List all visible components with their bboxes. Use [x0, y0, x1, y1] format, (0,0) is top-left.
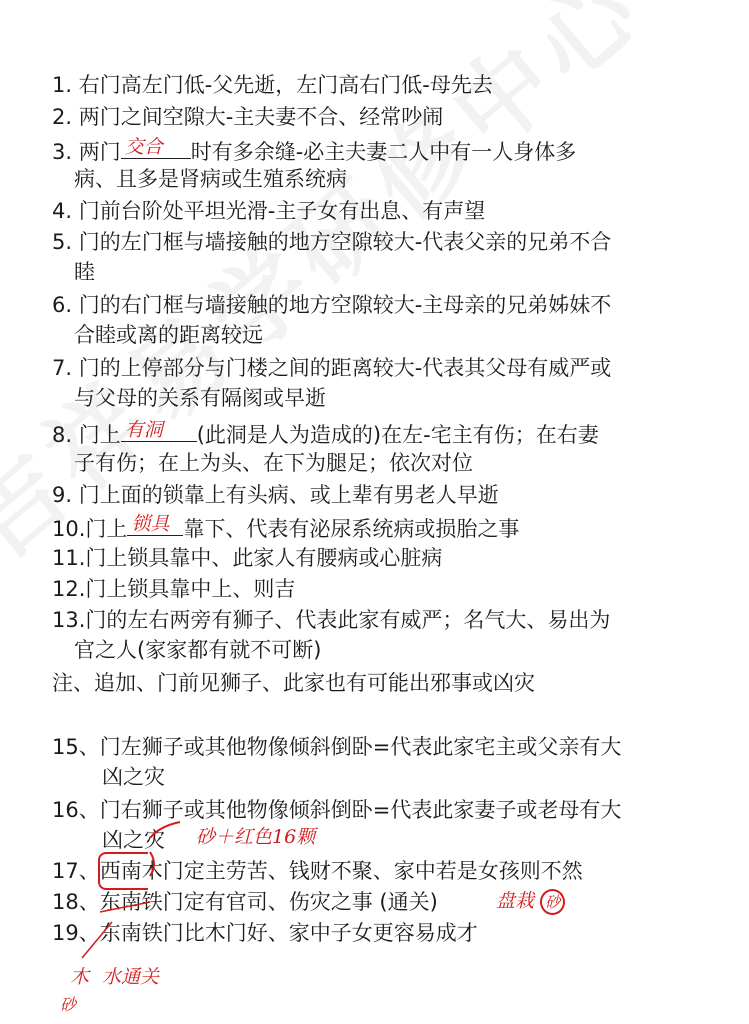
handwritten-note-wood: 木 [70, 962, 89, 989]
item-9: 9. 门上面的锁靠上有头病、或上辈有男老人早逝 [52, 482, 499, 508]
item-number: 7. [52, 356, 72, 380]
item-number: 6. [52, 293, 72, 317]
handwritten-note-water: 水通关 [102, 962, 159, 989]
item-13-continued: 官之人(家家都有就不可断) [74, 637, 321, 663]
item-7-continued: 与父母的关系有隔阂或早逝 [74, 385, 326, 411]
item-number: 13. [52, 608, 85, 632]
item-text: 门上 [79, 423, 121, 447]
item-text: 时有多余缝-必主夫妻二人中有一人身体多 [191, 140, 577, 164]
item-text: 门的右门框与墙接触的地方空隙较大-主母亲的兄弟姊妹不 [79, 293, 612, 317]
item-text: 右门高左门低-父先逝，左门高右门低-母先去 [79, 73, 493, 97]
item-number: 5. [52, 230, 72, 254]
item-12: 12.门上锁具靠中上、则吉 [52, 576, 295, 602]
item-text: 门右狮子或其他物像倾斜倒卧=代表此家妻子或老母有大 [100, 798, 622, 822]
item-text: 两门 [79, 140, 121, 164]
item-2: 2. 两门之间空隙大-主夫妻不合、经常吵闹 [52, 104, 443, 130]
item-number: 11. [52, 546, 85, 570]
item-15: 15、门左狮子或其他物像倾斜倒卧=代表此家宅主或父亲有大 [52, 734, 621, 760]
item-5-continued: 睦 [74, 259, 95, 285]
handwritten-note-item16: 砂＋红色16颗 [196, 822, 315, 849]
item-13: 13.门的左右两旁有狮子、代表此家有威严；名气大、易出为 [52, 607, 610, 633]
item-number: 9. [52, 483, 72, 507]
note-line: 注、追加、门前见狮子、此家也有可能出邪事或凶灾 [52, 670, 535, 696]
item-6: 6. 门的右门框与墙接触的地方空隙较大-主母亲的兄弟姊妹不 [52, 292, 611, 318]
item-number: 8. [52, 423, 72, 447]
item-4: 4. 门前台阶处平坦光滑-主子女有出息、有声望 [52, 198, 485, 224]
item-18: 18、东南铁门定有官司、伤灾之事 (通关) [52, 889, 438, 915]
item-text: 东南铁门定有官司、伤灾之事 (通关) [100, 890, 438, 914]
item-number: 3. [52, 140, 72, 164]
handwritten-note-item18: 盘栽 砂 [496, 886, 565, 915]
item-3-continued: 病、且多是肾病或生殖系统病 [74, 166, 347, 192]
item-number: 4. [52, 199, 72, 223]
document-page: 1. 右门高左门低-父先逝，左门高右门低-母先去 2. 两门之间空隙大-主夫妻不… [0, 0, 749, 1024]
item-text: 门上面的锁靠上有头病、或上辈有男老人早逝 [79, 483, 499, 507]
fill-blank: 有洞 [121, 419, 197, 442]
item-text: 靠下、代表有泌尿系统病或损胎之事 [183, 517, 519, 541]
item-6-continued: 合睦或离的距离较远 [74, 322, 263, 348]
item-3: 3. 两门交合时有多余缝-必主夫妻二人中有一人身体多 [52, 136, 576, 165]
item-11: 11.门上锁具靠中、此家人有腰病或心脏病 [52, 545, 442, 571]
item-19: 19、东南铁门比木门好、家中子女更容易成才 [52, 920, 478, 946]
item-16-continued: 凶之灾 [102, 827, 165, 853]
item-text: 门的左右两旁有狮子、代表此家有威严；名气大、易出为 [85, 608, 610, 632]
handwritten-fill: 锁具 [131, 511, 169, 537]
item-number: 16、 [52, 798, 100, 822]
item-number: 17、 [52, 859, 100, 883]
item-text: 西南木门定主劳苦、钱财不聚、家中若是女孩则不然 [100, 859, 583, 883]
item-5: 5. 门的左门框与墙接触的地方空隙较大-代表父亲的兄弟不合 [52, 229, 611, 255]
item-number: 19、 [52, 921, 100, 945]
fill-blank: 锁具 [127, 513, 183, 536]
item-text: 门的上停部分与门楼之间的距离较大-代表其父母有威严或 [79, 356, 612, 380]
item-text: 门左狮子或其他物像倾斜倒卧=代表此家宅主或父亲有大 [100, 735, 622, 759]
item-text: 门上锁具靠中上、则吉 [85, 577, 295, 601]
item-number: 2. [52, 105, 72, 129]
item-15-continued: 凶之灾 [102, 764, 165, 790]
item-text: 东南铁门比木门好、家中子女更容易成才 [100, 921, 478, 945]
handwritten-fill: 有洞 [125, 417, 163, 443]
item-text: (此洞是人为造成的)在左-宅主有伤；在右妻 [197, 423, 599, 447]
item-8-continued: 子有伤；在上为头、在下为腿足；依次对位 [74, 450, 473, 476]
note-text: 盘栽 [496, 890, 534, 912]
item-number: 12. [52, 577, 85, 601]
item-text: 门前台阶处平坦光滑-主子女有出息、有声望 [79, 199, 486, 223]
item-number: 10. [52, 517, 85, 541]
circled-note: 砂 [540, 889, 565, 915]
item-7: 7. 门的上停部分与门楼之间的距离较大-代表其父母有威严或 [52, 355, 611, 381]
fill-blank: 交合 [121, 136, 191, 159]
item-text: 门上锁具靠中、此家人有腰病或心脏病 [85, 546, 442, 570]
item-number: 15、 [52, 735, 100, 759]
red-bracket-mark [98, 852, 148, 890]
item-number: 1. [52, 73, 72, 97]
item-16: 16、门右狮子或其他物像倾斜倒卧=代表此家妻子或老母有大 [52, 797, 621, 823]
handwritten-fill: 交合 [125, 134, 163, 160]
item-text: 两门之间空隙大-主夫妻不合、经常吵闹 [79, 105, 444, 129]
item-1: 1. 右门高左门低-父先逝，左门高右门低-母先去 [52, 72, 493, 98]
item-text: 门上 [85, 517, 127, 541]
item-8: 8. 门上有洞(此洞是人为造成的)在左-宅主有伤；在右妻 [52, 419, 599, 448]
handwritten-note-sand: 砂 [60, 992, 76, 1015]
item-10: 10.门上锁具靠下、代表有泌尿系统病或损胎之事 [52, 513, 519, 542]
item-number: 18、 [52, 890, 100, 914]
item-text: 门的左门框与墙接触的地方空隙较大-代表父亲的兄弟不合 [79, 230, 612, 254]
